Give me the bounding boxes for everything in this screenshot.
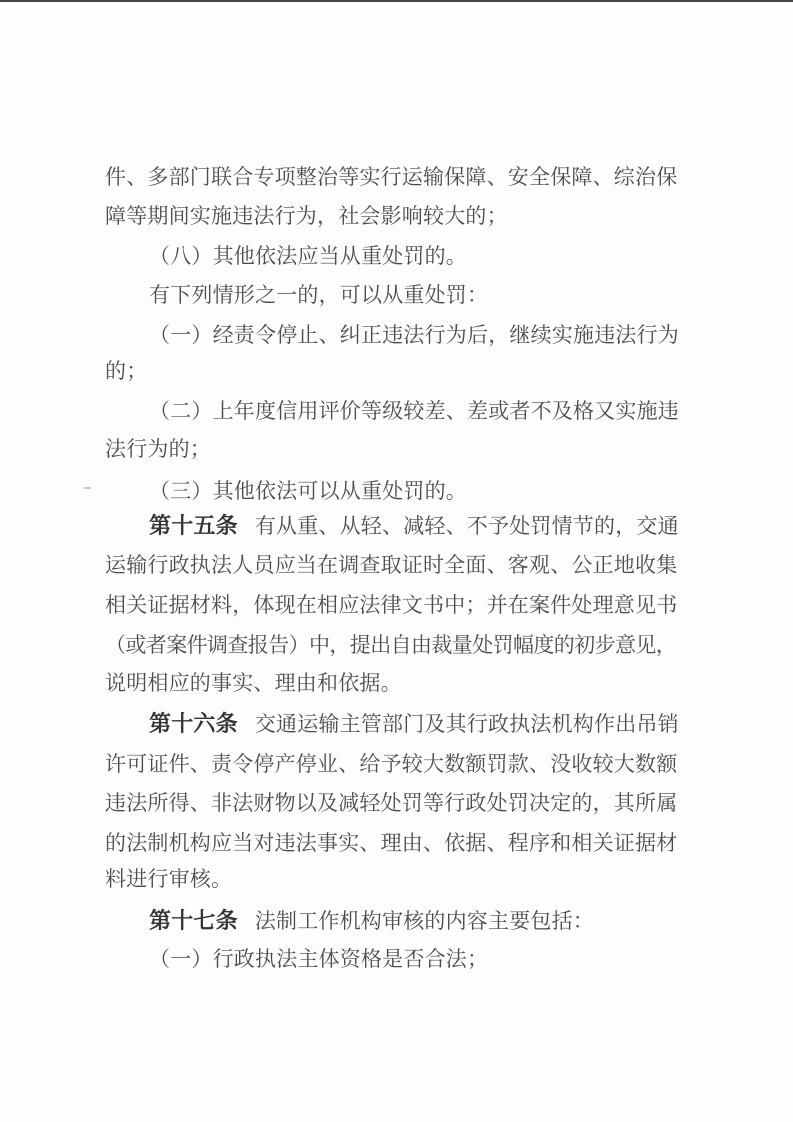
doc-line-6: 的；	[105, 358, 705, 385]
doc-line-15-article-16: 第十六条交通运输主管部门及其行政执法机构作出吊销	[149, 710, 749, 738]
doc-line-8: 法行为的；	[105, 436, 705, 463]
article-15-number: 第十五条	[149, 513, 238, 538]
doc-line-2: 障等期间实施违法行为，社会影响较大的；	[105, 203, 705, 230]
doc-line-3-item-8: （八）其他依法应当从重处罚的。	[149, 243, 749, 270]
doc-line-7-item-2: （二）上年度信用评价等级较差、差或者不及格又实施违	[149, 398, 749, 425]
article-16-number: 第十六条	[149, 711, 238, 736]
doc-line-16: 许可证件、责令停产停业、给予较大数额罚款、没收较大数额	[105, 751, 705, 778]
scanner-edge-artifact	[0, 0, 793, 2]
doc-line-1: 件、多部门联合专项整治等实行运输保障、安全保障、综治保	[105, 164, 705, 191]
scanned-document-page: 件、多部门联合专项整治等实行运输保障、安全保障、综治保 障等期间实施违法行为，社…	[0, 0, 793, 1122]
doc-line-17: 违法所得、非法财物以及减轻处罚等行政处罚决定的，其所属	[105, 790, 705, 817]
doc-line-18: 的法制机构应当对违法事实、理由、依据、程序和相关证据材	[105, 830, 705, 857]
doc-line-13: （或者案件调查报告）中，提出自由裁量处罚幅度的初步意见，	[105, 632, 705, 659]
doc-line-20-article-17: 第十七条法制工作机构审核的内容主要包括：	[149, 907, 749, 935]
article-17-text: 法制工作机构审核的内容主要包括：	[255, 909, 594, 933]
doc-line-19: 料进行审核。	[105, 866, 705, 893]
article-15-text: 有从重、从轻、减轻、不予处罚情节的，交通	[255, 514, 679, 538]
doc-line-14: 说明相应的事实、理由和依据。	[105, 670, 705, 697]
doc-line-11: 运输行政执法人员应当在调查取证时全面、客观、公正地收集	[105, 552, 705, 579]
doc-line-9-item-3: （三）其他依法可以从重处罚的。	[149, 478, 749, 505]
doc-line-5-item-1: （一）经责令停止、纠正违法行为后，继续实施违法行为	[149, 322, 749, 349]
doc-line-10-article-15: 第十五条有从重、从轻、减轻、不予处罚情节的，交通	[149, 512, 749, 540]
doc-line-21-item-1: （一）行政执法主体资格是否合法；	[149, 946, 749, 973]
scan-speck-artifact	[84, 487, 91, 489]
doc-line-12: 相关证据材料，体现在相应法律文书中；并在案件处理意见书	[105, 592, 705, 619]
article-17-number: 第十七条	[149, 908, 238, 933]
doc-line-4: 有下列情形之一的，可以从重处罚：	[149, 282, 749, 309]
article-16-text: 交通运输主管部门及其行政执法机构作出吊销	[255, 712, 679, 736]
